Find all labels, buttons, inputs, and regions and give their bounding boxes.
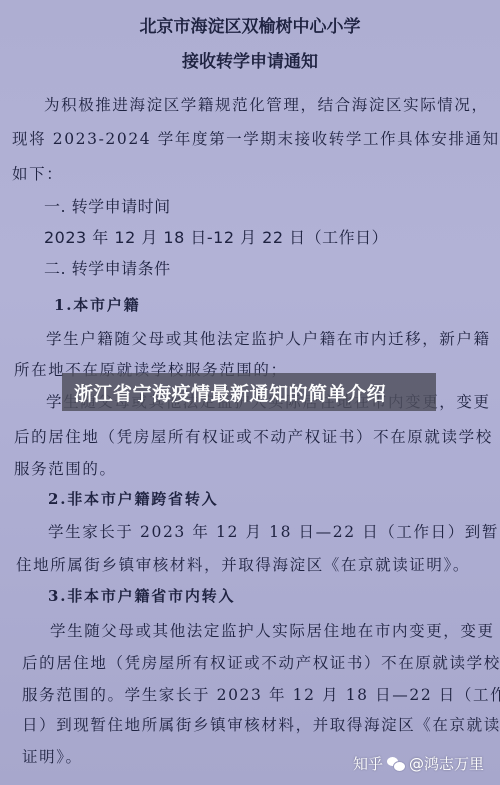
item1-line-5: 服务范围的。 (14, 457, 117, 479)
wechat-icon (387, 757, 405, 771)
item3-heading: 3.非本市户籍省市内转入 (48, 585, 235, 606)
caption-overlay: 浙江省宁海疫情最新通知的简单介绍 (62, 373, 436, 411)
item1-line-4: 后的居住地（凭房屋所有权证或不动产权证书）不在原就读学校 (14, 425, 493, 447)
caption-text: 浙江省宁海疫情最新通知的简单介绍 (74, 379, 386, 406)
intro-line-2: 现将 2023-2024 学年度第一学期末接收转学工作具体安排通知 (12, 127, 500, 149)
item3-line-1: 学生随父母或其他法定监护人实际居住地在市内变更，变更 (50, 619, 495, 641)
watermark-platform: 知乎 (353, 753, 383, 774)
school-title: 北京市海淀区双榆树中心小学 (0, 12, 500, 37)
section1-heading: 一. 转学申请时间 (44, 194, 171, 217)
item1-line-1: 学生户籍随父母或其他法定监护人户籍在市内迁移，新户籍 (46, 327, 491, 349)
notice-title: 接收转学申请通知 (0, 47, 500, 72)
item2-line-1: 学生家长于 2023 年 12 月 18 日—22 日（工作日）到暂 (48, 520, 499, 542)
item2-heading: 2.非本市户籍跨省转入 (48, 488, 218, 509)
watermark: 知乎 @鸿志万里 (353, 753, 484, 774)
item3-line-5: 证明》。 (22, 745, 83, 767)
intro-line-3: 如下： (12, 162, 63, 184)
section1-date: 2023 年 12 月 18 日-12 月 22 日（工作日） (44, 225, 388, 248)
item3-line-4: 日）到现暂住地所属街乡镇审核材料，并取得海淀区《在京就读 (22, 713, 500, 735)
item1-heading: 1.本市户籍 (54, 294, 140, 315)
item3-line-2: 后的居住地（凭房屋所有权证或不动产权证书）不在原就读学校 (22, 651, 500, 673)
item3-line-3: 服务范围的。学生家长于 2023 年 12 月 18 日—22 日（工作 (22, 683, 500, 705)
section2-heading: 二. 转学申请条件 (44, 256, 171, 279)
item2-line-2: 住地所属街乡镇审核材料，并取得海淀区《在京就读证明》。 (16, 553, 470, 575)
watermark-author: @鸿志万里 (409, 753, 484, 774)
intro-line-1: 为积极推进海淀区学籍规范化管理，结合海淀区实际情况， (44, 93, 489, 115)
